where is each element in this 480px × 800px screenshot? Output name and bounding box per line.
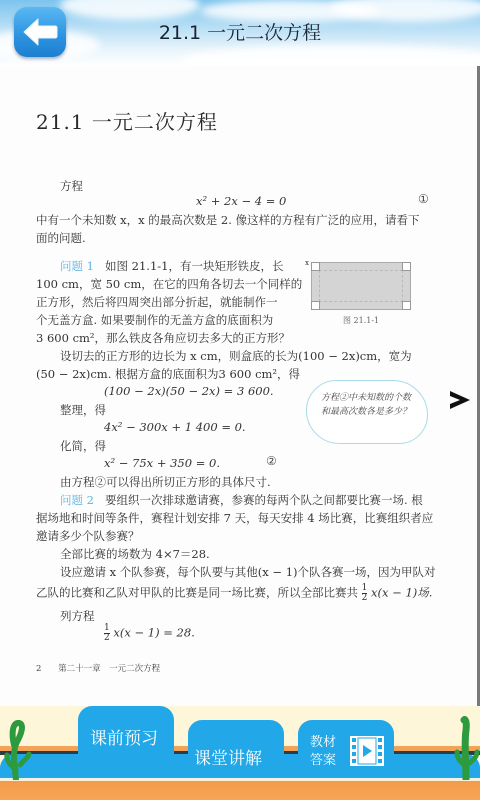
equation-b: 4x² − 300x + 1 400 = 0.	[104, 420, 246, 434]
equation-a: (100 − 2x)(50 − 2x) = 3 600.	[104, 384, 274, 398]
intro-line-2: 面的问题.	[36, 230, 86, 246]
page-footer: 2 第二十一章 一元二次方程	[36, 662, 160, 674]
equation-2: x² − 75x + 350 = 0.	[104, 456, 220, 470]
problem-1-line-1: 如图 21.1-1，有一块矩形铁皮，长	[105, 258, 283, 274]
plant-right-icon	[452, 716, 480, 780]
figure-marker: x	[305, 259, 309, 267]
figure-rectangle-sheet	[311, 262, 411, 310]
section-title: 21.1 一元二次方程	[36, 106, 218, 135]
page-number: 2	[36, 664, 41, 674]
problem-2-label: 问题 2	[60, 492, 94, 508]
tab-preview[interactable]: 课前预习	[78, 706, 174, 778]
equation-1: x² + 2x − 4 = 0	[196, 194, 286, 208]
tab-textbook-answers-label: 教材 答案	[310, 734, 336, 770]
problem-2-line-2: 据场地和时间等条件，赛程计划安排 7 天，每天安排 4 场比赛，比赛组织者应	[36, 510, 433, 526]
figure-caption: 图 21.1-1	[343, 315, 379, 326]
header-bar: 21.1 一元二次方程	[0, 0, 480, 66]
problem-1-line-2: 100 cm，宽 50 cm，在它的四角各切去一个同样的	[36, 276, 302, 292]
problem-1-label: 问题 1	[60, 258, 94, 274]
problem-2-line-3: 邀请多少个队参赛？	[36, 528, 140, 544]
solution-1-line-1: 设切去的正方形的边长为 x cm，则盒底的长为(100 − 2x)cm，宽为	[60, 348, 412, 364]
intro-line-1: 中有一个未知数 x，x 的最高次数是 2. 像这样的方程有广泛的应用，请看下	[36, 212, 420, 228]
problem-1-line-3: 正方形，然后将四周突出部分折起，就能制作一	[36, 294, 278, 310]
solution-2-line-1: 全部比赛的场数为 4×7＝28.	[60, 546, 210, 562]
fraction-half: 1 2	[362, 584, 368, 603]
solution-2-line-2: 设应邀请 x 个队参赛，每个队要与其他(x − 1)个队各赛一场，因为甲队对	[60, 564, 436, 580]
next-page-chevron-icon[interactable]	[448, 388, 472, 412]
header-title: 21.1 一元二次方程	[0, 18, 480, 45]
solution-2-line-3: 乙队的比赛和乙队对甲队的比赛是同一场比赛，所以全部比赛共 1 2 x(x − 1…	[36, 584, 432, 603]
problem-1-line-5: 3 600 cm²，那么铁皮各角应切去多大的正方形？	[36, 330, 290, 346]
video-play-icon	[350, 736, 384, 766]
intro-label: 方程	[60, 178, 83, 194]
label-reduce: 化简，得	[60, 438, 106, 454]
tab-textbook-answers[interactable]: 教材 答案	[298, 720, 394, 778]
label-simplify: 整理，得	[60, 402, 106, 418]
bottom-nav: 课前预习 课堂讲解 教材 答案	[0, 706, 480, 800]
solution-1-conclusion: 由方程②可以得出所切正方形的具体尺寸.	[60, 474, 271, 490]
thought-bubble: 方程②中未知数的个数和最高次数各是多少？	[306, 380, 428, 444]
plant-left-icon	[2, 720, 32, 780]
chapter-name: 第二十一章 一元二次方程	[58, 664, 160, 674]
thought-bubble-text: 方程②中未知数的个数和最高次数各是多少？	[321, 391, 417, 419]
equation-2-number: ②	[266, 454, 277, 468]
textbook-page: 21.1 一元二次方程 方程 x² + 2x − 4 = 0 ① 中有一个未知数…	[0, 66, 480, 706]
fraction-half: 1 2	[104, 624, 110, 643]
tab-lecture[interactable]: 课堂讲解	[188, 720, 284, 778]
tab-preview-label: 课前预习	[90, 724, 158, 749]
equation-d: 1 2 x(x − 1) = 28.	[104, 624, 195, 643]
problem-1-line-4: 个无盖方盒. 如果要制作的无盖方盒的底面积为	[36, 312, 273, 328]
problem-2-line-1: 要组织一次排球邀请赛，参赛的每两个队之间都要比赛一场. 根	[105, 492, 423, 508]
tab-lecture-label: 课堂讲解	[194, 744, 262, 769]
label-equation: 列方程	[60, 608, 95, 624]
equation-1-number: ①	[418, 192, 429, 206]
solution-1-line-2: (50 − 2x)cm. 根据方盒的底面积为3 600 cm²，得	[36, 366, 300, 382]
